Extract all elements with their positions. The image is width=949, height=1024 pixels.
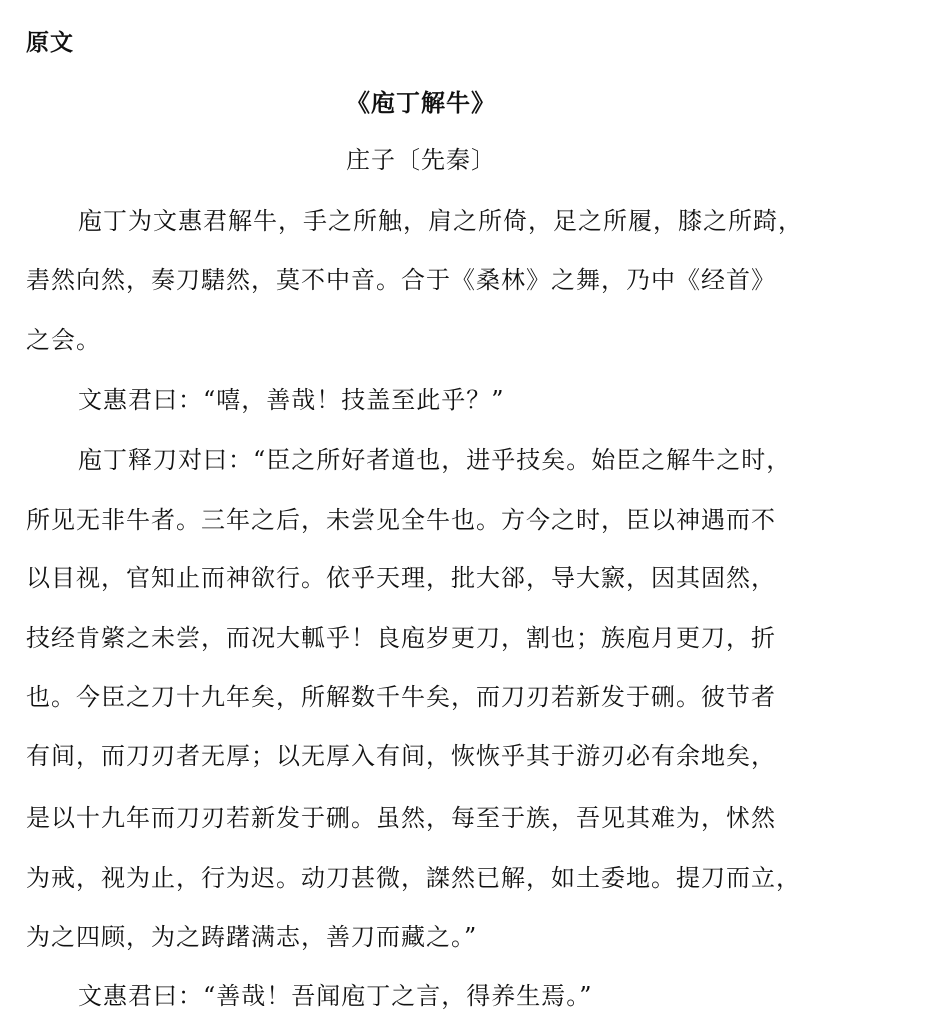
paragraph-line: 以目视，官知止而神欲行。依乎天理，批大郤，导大窾，因其固然， xyxy=(26,563,776,593)
paragraph-line: 砉然向然，奏刀騞然，莫不中音。合于《桑林》之舞，乃中《经首》 xyxy=(26,265,776,295)
paragraph-line: 文惠君曰：“嘻，善哉！技盖至此乎？” xyxy=(78,385,505,415)
page-title: 《庖丁解牛》 xyxy=(0,88,842,118)
paragraph-line: 所见无非牛者。三年之后，未尝见全牛也。方今之时，臣以神遇而不 xyxy=(26,505,776,535)
paragraph-line: 技经肯綮之未尝，而况大軱乎！良庖岁更刀，割也；族庖月更刀，折 xyxy=(26,623,776,653)
paragraph-line: 也。今臣之刀十九年矣，所解数千牛矣，而刀刃若新发于硎。彼节者 xyxy=(26,682,776,712)
paragraph-line: 之会。 xyxy=(26,325,101,355)
paragraph-line: 庖丁释刀对曰：“臣之所好者道也，进乎技矣。始臣之解牛之时， xyxy=(78,445,791,475)
paragraph-line: 有间，而刀刃者无厚；以无厚入有间，恢恢乎其于游刃必有余地矣， xyxy=(26,741,776,771)
paragraph-line: 文惠君曰：“善哉！吾闻庖丁之言，得养生焉。” xyxy=(78,981,593,1011)
paragraph-line: 为之四顾，为之踌躇满志，善刀而藏之。” xyxy=(26,922,477,952)
paragraph-line: 为戒，视为止，行为迟。动刀甚微，謋然已解，如土委地。提刀而立， xyxy=(26,863,801,893)
paragraph-line: 是以十九年而刀刃若新发于硎。虽然，每至于族，吾见其难为，怵然 xyxy=(26,803,776,833)
section-heading: 原文 xyxy=(26,28,74,58)
author-line: 庄子〔先秦〕 xyxy=(0,145,842,175)
paragraph-line: 庖丁为文惠君解牛，手之所触，肩之所倚，足之所履，膝之所踦， xyxy=(78,206,803,236)
